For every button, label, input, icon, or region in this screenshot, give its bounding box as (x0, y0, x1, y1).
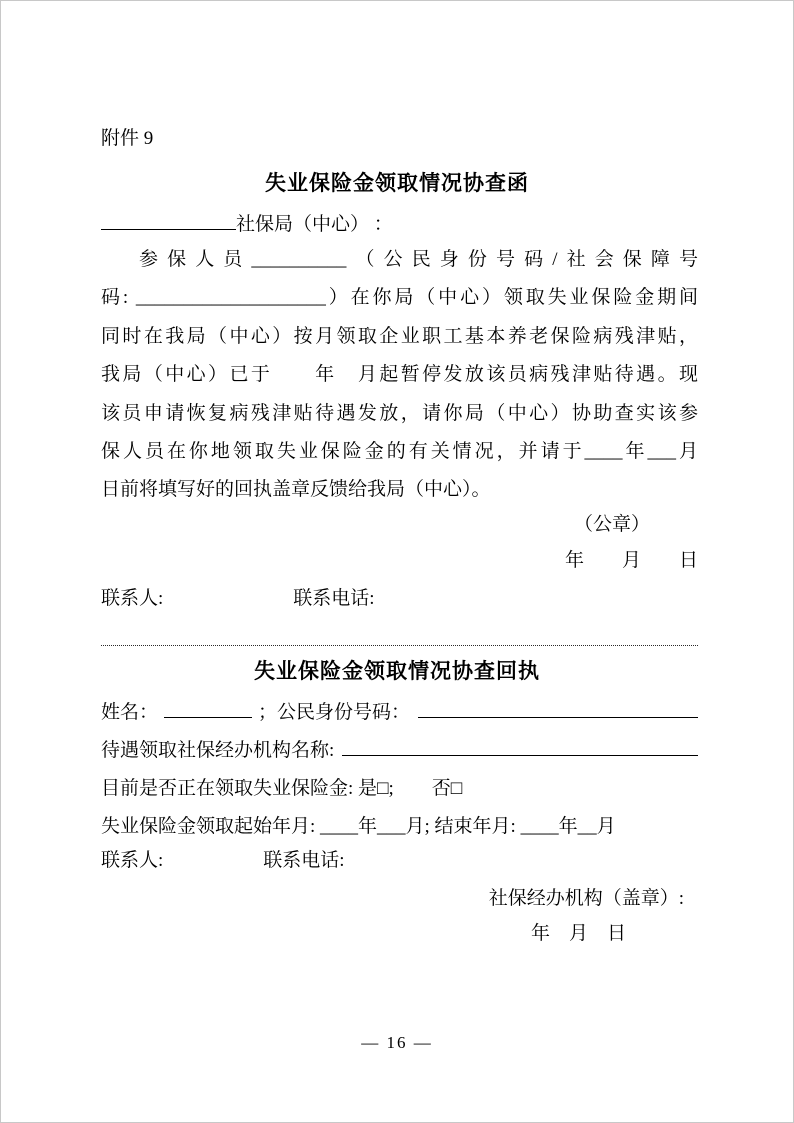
letter-body-line: 保人员在你地领取失业保险金的有关情况，并请于____年___月 (101, 433, 698, 471)
name-blank-field (164, 699, 252, 718)
attachment-label: 附件 9 (101, 123, 698, 150)
official-seal-label: （公章） (101, 509, 698, 536)
letter-date-line: 年 月 日 (101, 545, 698, 572)
letter-body-line: 我局（中心）已于 年 月起暂停发放该员病残津贴待遇。现 (101, 356, 698, 394)
contact-person-label: 联系人: (101, 588, 163, 609)
letter-body-line: 参保人员__________（公民身份号码/社会保障号 (101, 241, 698, 279)
receipt-agency-row: 待遇领取社保经办机构名称: (101, 735, 698, 762)
receipt-date-line: 年 月 日 (101, 918, 698, 945)
receiving-status-line: 目前是否正在领取失业保险金: 是□; 否□ (101, 773, 698, 800)
salutation-blank-field (101, 211, 236, 230)
letter-title: 失业保险金领取情况协查函 (1, 167, 793, 197)
document-page: 附件 9 失业保险金领取情况协查函 社保局（中心） ： 参保人员________… (0, 0, 794, 1123)
salutation-text: 社保局（中心） ： (236, 214, 393, 235)
receipt-title: 失业保险金领取情况协查回执 (1, 655, 793, 685)
benefit-period-line: 失业保险金领取起始年月: ____年___月; 结束年月: ____年__月 (101, 811, 698, 838)
receipt-contacts-line: 联系人:联系电话: (101, 845, 698, 872)
name-label: 姓名： (101, 697, 158, 724)
id-number-label: ；公民身份号码： (258, 697, 410, 724)
letter-contacts-line: 联系人:联系电话: (101, 583, 698, 610)
contact-phone-label: 联系电话: (263, 850, 344, 871)
page-number: — 16 — (1, 1033, 793, 1053)
id-number-blank-field (418, 699, 698, 718)
agency-name-blank-field (342, 737, 698, 756)
letter-body: 参保人员__________（公民身份号码/社会保障号 码: _________… (101, 241, 698, 510)
receipt-name-row: 姓名： ；公民身份号码： (101, 697, 698, 724)
letter-body-line: 码: ____________________）在你局（中心）领取失业保险金期间 (101, 279, 698, 317)
agency-name-label: 待遇领取社保经办机构名称: (101, 735, 334, 762)
contact-person-label: 联系人: (101, 850, 163, 871)
org-seal-label: 社保经办机构（盖章）: (101, 883, 698, 910)
salutation-line: 社保局（中心） ： (101, 209, 698, 236)
letter-body-line: 该员申请恢复病残津贴待遇发放，请你局（中心）协助查实该参 (101, 395, 698, 433)
section-separator (101, 645, 698, 646)
contact-phone-label: 联系电话: (293, 588, 374, 609)
letter-body-line: 日前将填写好的回执盖章反馈给我局（中心）。 (101, 471, 698, 509)
letter-body-line: 同时在我局（中心）按月领取企业职工基本养老保险病残津贴， (101, 318, 698, 356)
